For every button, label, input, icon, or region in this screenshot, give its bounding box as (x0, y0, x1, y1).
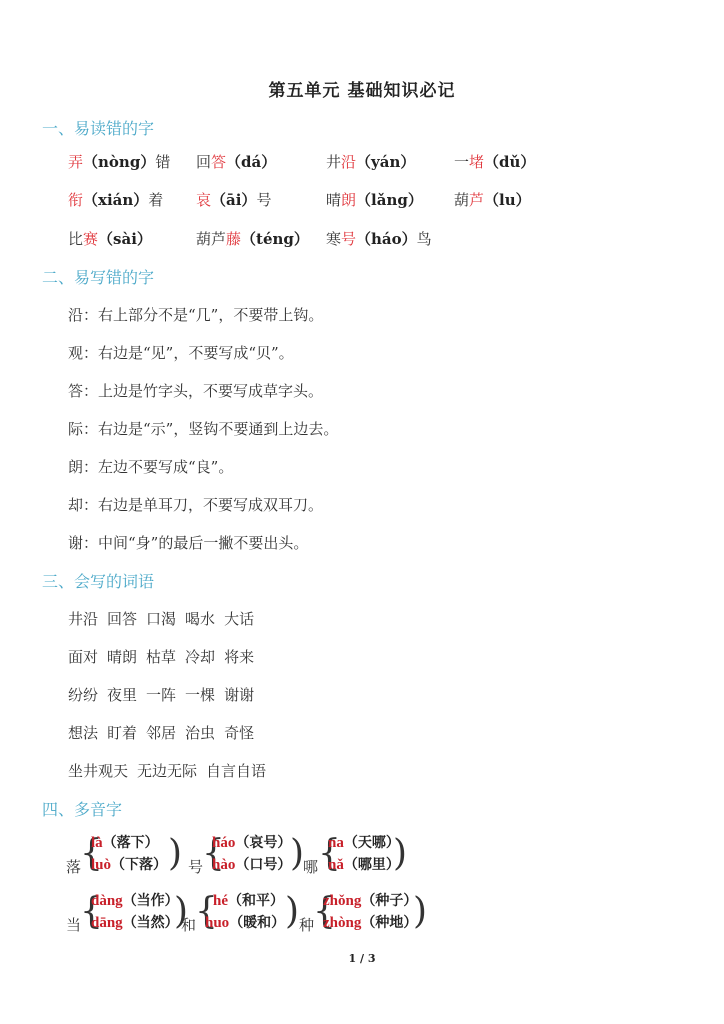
word: 谢谢 (224, 686, 254, 704)
polyphone-group: 和 { hé（和平） huo（暖和） ) (181, 890, 296, 938)
polyphone-group: 号 { háo（哀号） hào（口号） ) (188, 832, 298, 880)
word: 想法 (68, 724, 98, 742)
word: 一棵 (185, 686, 215, 704)
word: 面对 (68, 648, 98, 666)
word: 坐井观天 (68, 762, 128, 780)
word: 枯草 (146, 648, 176, 666)
section-heading-miswrite: 二、易写错的字 (42, 265, 154, 288)
right-brace: ) (168, 836, 182, 872)
miswrite-line: 观：右边是“见”，不要写成“贝”。 (68, 342, 294, 363)
misread-item: 哀（āi）号 (196, 189, 271, 210)
word: 无边无际 (137, 762, 197, 780)
misread-item: 弄（nòng）错 (68, 151, 170, 172)
right-brace: ) (413, 894, 427, 930)
section-heading-misread: 一、易读错的字 (42, 116, 154, 139)
word: 晴朗 (107, 648, 137, 666)
word-row: 面对晴朗枯草冷却将来 (68, 646, 263, 667)
word-row: 坐井观天无边无际自言自语 (68, 760, 275, 781)
word: 井沿 (68, 610, 98, 628)
misread-item: 葫芦藤（téng） (196, 228, 309, 249)
polyphone-group: 种 { zhǒng（种子） zhòng（种地） ) (299, 890, 429, 938)
word: 夜里 (107, 686, 137, 704)
miswrite-line: 却：右边是单耳刀，不要写成双耳刀。 (68, 494, 323, 515)
miswrite-line: 谢：中间“身”的最后一撇不要出头。 (68, 532, 308, 553)
word: 冷却 (185, 648, 215, 666)
miswrite-line: 答：上边是竹字头，不要写成草字头。 (68, 380, 323, 401)
polyphone-group: 落 { là（落下） luò（下落） ) (66, 832, 176, 880)
word: 自言自语 (206, 762, 266, 780)
right-brace: ) (290, 836, 304, 872)
misread-item: 比赛（sài） (68, 228, 152, 249)
page-title: 第五单元 基础知识必记 (0, 76, 724, 101)
miswrite-line: 沿：右上部分不是“几”，不要带上钩。 (68, 304, 323, 325)
misread-item: 一堵（dǔ） (454, 151, 535, 172)
word: 大话 (224, 610, 254, 628)
misread-item: 衔（xián）着 (68, 189, 163, 210)
misread-item: 回答（dá） (196, 151, 276, 172)
word: 回答 (107, 610, 137, 628)
word: 口渴 (146, 610, 176, 628)
word: 喝水 (185, 610, 215, 628)
misread-item: 葫芦（lu） (454, 189, 531, 210)
word: 将来 (224, 648, 254, 666)
word-row: 井沿回答口渴喝水大话 (68, 608, 263, 629)
word: 一阵 (146, 686, 176, 704)
word: 盯着 (107, 724, 137, 742)
misread-item: 晴朗（lǎng） (326, 189, 423, 210)
misread-item: 寒号（háo）鸟 (326, 228, 432, 249)
section-heading-words: 三、会写的词语 (42, 569, 154, 592)
word: 邻居 (146, 724, 176, 742)
polyphone-group: 哪 { na（天哪） nǎ（哪里） ) (303, 832, 413, 880)
word: 奇怪 (224, 724, 254, 742)
right-brace: ) (393, 836, 407, 872)
page-number: 1 / 3 (0, 952, 724, 965)
miswrite-line: 朗：左边不要写成“良”。 (68, 456, 233, 477)
miswrite-line: 际：右边是“示”，竖钩不要通到上边去。 (68, 418, 338, 439)
word: 纷纷 (68, 686, 98, 704)
word: 治虫 (185, 724, 215, 742)
section-heading-polyphones: 四、多音字 (42, 797, 122, 820)
polyphone-group: 当 { dàng（当作） dāng（当然） ) (66, 890, 186, 938)
word-row: 纷纷夜里一阵一棵谢谢 (68, 684, 263, 705)
right-brace: ) (285, 894, 299, 930)
word-row: 想法盯着邻居治虫奇怪 (68, 722, 263, 743)
misread-item: 井沿（yán） (326, 151, 415, 172)
